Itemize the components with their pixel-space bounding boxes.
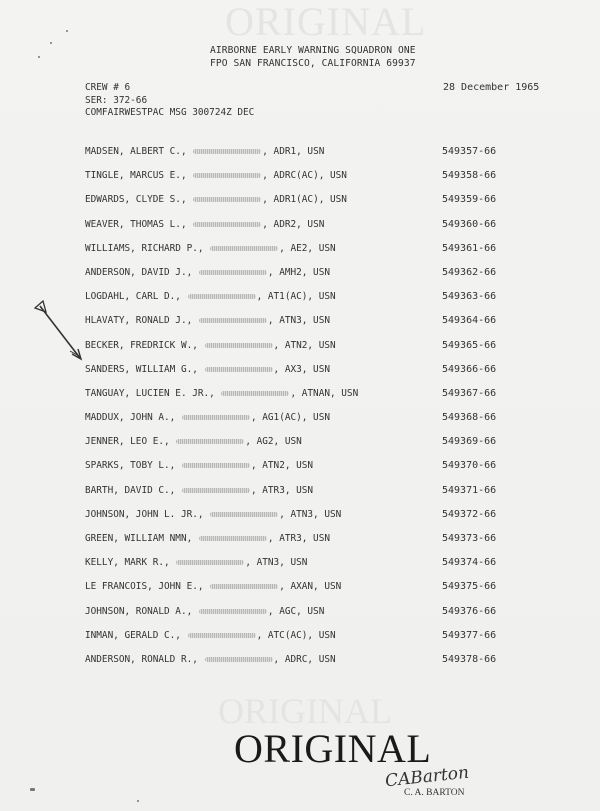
- crew-member-entry: TANGUAY, LUCIEN E. JR., , ATNAN, USN: [85, 388, 358, 400]
- roster-row: LOGDAHL, CARL D., , AT1(AC), USN549363-6…: [85, 291, 585, 315]
- crew-member-name: WILLIAMS, RICHARD P.,: [85, 243, 204, 254]
- roster-row: TINGLE, MARCUS E., , ADRC(AC), USN549358…: [85, 170, 585, 194]
- crew-member-name: JENNER, LEO E.,: [85, 436, 170, 447]
- crew-member-name: LE FRANCOIS, JOHN E.,: [85, 581, 204, 592]
- roster-row: LE FRANCOIS, JOHN E., , AXAN, USN549375-…: [85, 581, 585, 605]
- crew-member-name: MADSEN, ALBERT C.,: [85, 146, 187, 157]
- redaction-mark: [199, 609, 267, 614]
- roster-row: JENNER, LEO E., , AG2, USN549369-66: [85, 436, 585, 460]
- redaction-mark: [182, 463, 250, 468]
- crew-member-rate: , AXAN, USN: [279, 581, 341, 592]
- crew-member-entry: ANDERSON, DAVID J., , AMH2, USN: [85, 267, 330, 279]
- letterhead-line-2: FPO SAN FRANCISCO, CALIFORNIA 69937: [210, 57, 416, 70]
- roster-row: WILLIAMS, RICHARD P., , AE2, USN549361-6…: [85, 243, 585, 267]
- roster-row: KELLY, MARK R., , ATN3, USN549374-66: [85, 557, 585, 581]
- crew-member-rate: , ADRC(AC), USN: [262, 170, 347, 181]
- roster-row: INMAN, GERALD C., , ATC(AC), USN549377-6…: [85, 630, 585, 654]
- crew-member-name: JOHNSON, RONALD A.,: [85, 606, 192, 617]
- service-number: 549376-66: [442, 606, 496, 618]
- crew-member-name: HLAVATY, RONALD J.,: [85, 315, 192, 326]
- roster-row: EDWARDS, CLYDE S., , ADR1(AC), USN549359…: [85, 194, 585, 218]
- service-number: 549371-66: [442, 485, 496, 497]
- crew-member-entry: TINGLE, MARCUS E., , ADRC(AC), USN: [85, 170, 347, 182]
- crew-member-name: EDWARDS, CLYDE S.,: [85, 194, 187, 205]
- document-date: 28 December 1965: [443, 82, 539, 93]
- crew-member-rate: , AT1(AC), USN: [257, 291, 336, 302]
- crew-member-rate: , ATN2, USN: [251, 460, 313, 471]
- roster-row: MADDUX, JOHN A., , AG1(AC), USN549368-66: [85, 412, 585, 436]
- service-number: 549369-66: [442, 436, 496, 448]
- crew-member-entry: ANDERSON, RONALD R., , ADRC, USN: [85, 654, 336, 666]
- original-stamp: ORIGINAL: [234, 725, 431, 772]
- crew-member-name: WEAVER, THOMAS L.,: [85, 219, 187, 230]
- crew-member-entry: JENNER, LEO E., , AG2, USN: [85, 436, 302, 448]
- service-number: 549372-66: [442, 509, 496, 521]
- redaction-mark: [199, 318, 267, 323]
- crew-member-entry: BARTH, DAVID C., , ATR3, USN: [85, 485, 313, 497]
- service-number: 549364-66: [442, 315, 496, 327]
- redaction-mark: [182, 415, 250, 420]
- service-number: 549362-66: [442, 267, 496, 279]
- service-number: 549361-66: [442, 243, 496, 255]
- service-number: 549360-66: [442, 219, 496, 231]
- watermark-top: ORIGINAL: [225, 0, 426, 45]
- crew-member-name: BECKER, FREDRICK W.,: [85, 340, 198, 351]
- roster-row: ANDERSON, DAVID J., , AMH2, USN549362-66: [85, 267, 585, 291]
- crew-roster: MADSEN, ALBERT C., , ADR1, USN549357-66T…: [85, 146, 585, 678]
- crew-member-rate: , ADR1, USN: [262, 146, 324, 157]
- roster-row: MADSEN, ALBERT C., , ADR1, USN549357-66: [85, 146, 585, 170]
- roster-row: JOHNSON, JOHN L. JR., , ATN3, USN549372-…: [85, 509, 585, 533]
- crew-member-entry: LE FRANCOIS, JOHN E., , AXAN, USN: [85, 581, 341, 593]
- crew-member-rate: , ATN2, USN: [274, 340, 336, 351]
- speck: [38, 56, 40, 58]
- crew-member-entry: MADDUX, JOHN A., , AG1(AC), USN: [85, 412, 330, 424]
- roster-row: BECKER, FREDRICK W., , ATN2, USN549365-6…: [85, 340, 585, 364]
- roster-row: JOHNSON, RONALD A., , AGC, USN549376-66: [85, 606, 585, 630]
- service-number: 549368-66: [442, 412, 496, 424]
- document-meta: CREW # 6 SER: 372-66 COMFAIRWESTPAC MSG …: [85, 82, 254, 120]
- redaction-mark: [210, 584, 278, 589]
- crew-member-rate: , AG1(AC), USN: [251, 412, 330, 423]
- service-number: 549375-66: [442, 581, 496, 593]
- roster-row: SPARKS, TOBY L., , ATN2, USN549370-66: [85, 460, 585, 484]
- crew-member-rate: , AGC, USN: [268, 606, 324, 617]
- crew-member-name: ANDERSON, DAVID J.,: [85, 267, 192, 278]
- crew-member-entry: GREEN, WILLIAM NMN, , ATR3, USN: [85, 533, 330, 545]
- signer-name: C. A. BARTON: [404, 788, 465, 798]
- crew-number: CREW # 6: [85, 82, 254, 95]
- redaction-mark: [205, 367, 273, 372]
- crew-member-entry: HLAVATY, RONALD J., , ATN3, USN: [85, 315, 330, 327]
- speck: [66, 30, 68, 32]
- crew-member-rate: , ATN3, USN: [268, 315, 330, 326]
- service-number: 549370-66: [442, 460, 496, 472]
- roster-row: WEAVER, THOMAS L., , ADR2, USN549360-66: [85, 219, 585, 243]
- crew-member-rate: , ATN3, USN: [245, 557, 307, 568]
- crew-member-name: KELLY, MARK R.,: [85, 557, 170, 568]
- redaction-mark: [199, 536, 267, 541]
- crew-member-name: MADDUX, JOHN A.,: [85, 412, 175, 423]
- crew-member-name: TINGLE, MARCUS E.,: [85, 170, 187, 181]
- crew-member-entry: EDWARDS, CLYDE S., , ADR1(AC), USN: [85, 194, 347, 206]
- crew-member-entry: MADSEN, ALBERT C., , ADR1, USN: [85, 146, 324, 158]
- crew-member-name: SANDERS, WILLIAM G.,: [85, 364, 198, 375]
- crew-member-name: JOHNSON, JOHN L. JR.,: [85, 509, 204, 520]
- crew-member-entry: BECKER, FREDRICK W., , ATN2, USN: [85, 340, 336, 352]
- redaction-mark: [193, 149, 261, 154]
- crew-member-rate: , AG2, USN: [245, 436, 301, 447]
- crew-member-name: ANDERSON, RONALD R.,: [85, 654, 198, 665]
- speck: [30, 788, 35, 791]
- crew-member-rate: , ATC(AC), USN: [257, 630, 336, 641]
- service-number: 549374-66: [442, 557, 496, 569]
- crew-member-name: GREEN, WILLIAM NMN,: [85, 533, 192, 544]
- roster-row: BARTH, DAVID C., , ATR3, USN549371-66: [85, 485, 585, 509]
- service-number: 549357-66: [442, 146, 496, 158]
- redaction-mark: [176, 439, 244, 444]
- speck: [50, 42, 52, 44]
- letterhead: AIRBORNE EARLY WARNING SQUADRON ONE FPO …: [210, 44, 416, 70]
- redaction-mark: [182, 488, 250, 493]
- crew-member-name: SPARKS, TOBY L.,: [85, 460, 175, 471]
- crew-member-rate: , AE2, USN: [279, 243, 335, 254]
- crew-member-rate: , AX3, USN: [274, 364, 330, 375]
- crew-member-rate: , ATNAN, USN: [290, 388, 358, 399]
- redaction-mark: [193, 222, 261, 227]
- redaction-mark: [188, 294, 256, 299]
- roster-row: ANDERSON, RONALD R., , ADRC, USN549378-6…: [85, 654, 585, 678]
- crew-member-rate: , ADR2, USN: [262, 219, 324, 230]
- crew-member-entry: JOHNSON, RONALD A., , AGC, USN: [85, 606, 324, 618]
- crew-member-entry: JOHNSON, JOHN L. JR., , ATN3, USN: [85, 509, 341, 521]
- crew-member-rate: , AMH2, USN: [268, 267, 330, 278]
- redaction-mark: [210, 512, 278, 517]
- redaction-mark: [210, 246, 278, 251]
- redaction-mark: [193, 197, 261, 202]
- message-reference: COMFAIRWESTPAC MSG 300724Z DEC: [85, 107, 254, 120]
- crew-member-name: INMAN, GERALD C.,: [85, 630, 181, 641]
- service-number: 549377-66: [442, 630, 496, 642]
- redaction-mark: [176, 560, 244, 565]
- service-number: 549359-66: [442, 194, 496, 206]
- crew-member-name: LOGDAHL, CARL D.,: [85, 291, 181, 302]
- redaction-mark: [205, 657, 273, 662]
- arrow-icon: [34, 300, 84, 362]
- roster-row: TANGUAY, LUCIEN E. JR., , ATNAN, USN5493…: [85, 388, 585, 412]
- crew-member-rate: , ATN3, USN: [279, 509, 341, 520]
- crew-member-rate: , ATR3, USN: [251, 485, 313, 496]
- roster-row: SANDERS, WILLIAM G., , AX3, USN549366-66: [85, 364, 585, 388]
- crew-member-entry: INMAN, GERALD C., , ATC(AC), USN: [85, 630, 336, 642]
- speck: [137, 800, 139, 802]
- roster-row: GREEN, WILLIAM NMN, , ATR3, USN549373-66: [85, 533, 585, 557]
- service-number: 549373-66: [442, 533, 496, 545]
- service-number: 549358-66: [442, 170, 496, 182]
- redaction-mark: [205, 343, 273, 348]
- service-number: 549363-66: [442, 291, 496, 303]
- crew-member-entry: SPARKS, TOBY L., , ATN2, USN: [85, 460, 313, 472]
- crew-member-rate: , ADRC, USN: [274, 654, 336, 665]
- service-number: 549367-66: [442, 388, 496, 400]
- redaction-mark: [221, 391, 289, 396]
- redaction-mark: [193, 173, 261, 178]
- serial-number: SER: 372-66: [85, 95, 254, 108]
- service-number: 549366-66: [442, 364, 496, 376]
- roster-row: HLAVATY, RONALD J., , ATN3, USN549364-66: [85, 315, 585, 339]
- crew-member-entry: WEAVER, THOMAS L., , ADR2, USN: [85, 219, 324, 231]
- crew-member-entry: SANDERS, WILLIAM G., , AX3, USN: [85, 364, 330, 376]
- crew-member-entry: WILLIAMS, RICHARD P., , AE2, USN: [85, 243, 336, 255]
- service-number: 549378-66: [442, 654, 496, 666]
- document-page: ORIGINAL ORIGINAL AIRBORNE EARLY WARNING…: [0, 0, 600, 811]
- crew-member-entry: KELLY, MARK R., , ATN3, USN: [85, 557, 307, 569]
- crew-member-name: TANGUAY, LUCIEN E. JR.,: [85, 388, 215, 399]
- crew-member-rate: , ATR3, USN: [268, 533, 330, 544]
- crew-member-name: BARTH, DAVID C.,: [85, 485, 175, 496]
- redaction-mark: [188, 633, 256, 638]
- service-number: 549365-66: [442, 340, 496, 352]
- letterhead-line-1: AIRBORNE EARLY WARNING SQUADRON ONE: [210, 44, 416, 57]
- crew-member-rate: , ADR1(AC), USN: [262, 194, 347, 205]
- crew-member-entry: LOGDAHL, CARL D., , AT1(AC), USN: [85, 291, 336, 303]
- redaction-mark: [199, 270, 267, 275]
